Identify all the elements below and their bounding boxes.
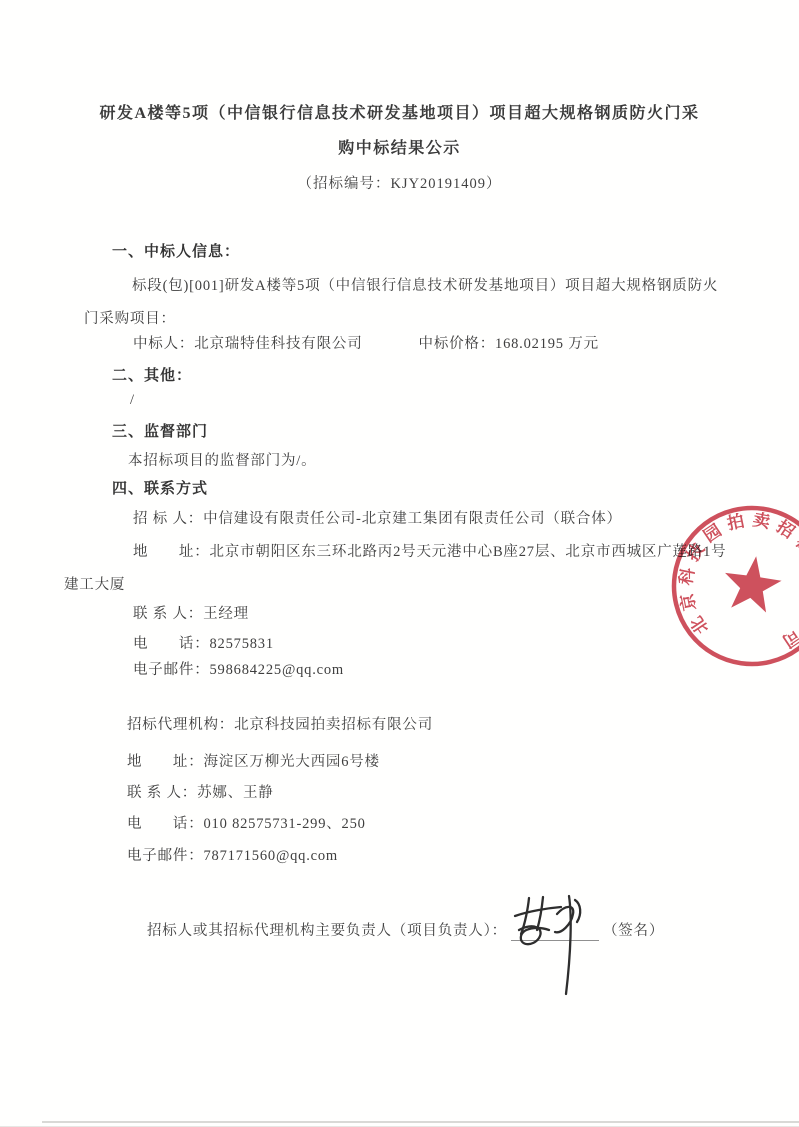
contact-row-tenderer: 招 标 人：中信建设有限责任公司-北京建工集团有限责任公司（联合体） [64, 503, 732, 536]
tenderer-value: 中信建设有限责任公司-北京建工集团有限责任公司（联合体） [203, 511, 622, 527]
phone-value: 82575831 [210, 636, 274, 652]
agency-row-person: 联 系 人：苏娜、王静 [64, 777, 732, 810]
signature-line: 招标人或其招标代理机构主要负责人（项目负责人）： （签名） [147, 916, 664, 941]
agency-label: 招标代理机构： [127, 717, 234, 733]
section-heading-winner-info: 一、中标人信息： [112, 240, 240, 261]
package-paragraph: 标段(包)[001]研发A楼等5项（中信银行信息技术研发基地项目）项目超大规格钢… [84, 270, 730, 336]
winner-row: 中标人：北京瑞特佳科技有限公司中标价格：168.02195 万元 [133, 328, 599, 361]
price-value: 168.02195 万元 [495, 336, 599, 352]
signature-label: 招标人或其招标代理机构主要负责人（项目负责人）： [147, 923, 507, 939]
document-page: 研发A楼等5项（中信银行信息技术研发基地项目）项目超大规格钢质防火门采 购中标结… [0, 0, 799, 1127]
person-label: 联 系 人： [133, 606, 203, 622]
address-label: 地 址： [133, 544, 210, 560]
title-line-1: 研发A楼等5项（中信银行信息技术研发基地项目）项目超大规格钢质防火门采 [0, 102, 799, 126]
tender-number: （招标编号：KJY20191409） [0, 172, 799, 193]
agency-row-name: 招标代理机构：北京科技园拍卖招标有限公司 [64, 709, 732, 742]
agency-person-label: 联 系 人： [127, 785, 197, 801]
email-value: 598684225@qq.com [210, 662, 345, 678]
contact-row-person: 联 系 人：王经理 [64, 598, 732, 631]
agency-email-label: 电子邮件： [127, 848, 204, 864]
agency-phone-label: 电 话： [127, 816, 204, 832]
phone-label: 电 话： [133, 636, 210, 652]
title-line-2: 购中标结果公示 [0, 137, 799, 161]
section-heading-other: 二、其他： [112, 364, 192, 385]
agency-row-email: 电子邮件：787171560@qq.com [64, 840, 732, 873]
supervision-body: 本招标项目的监督部门为/。 [128, 449, 316, 470]
tenderer-label: 招 标 人： [133, 511, 203, 527]
agency-row-phone: 电 话：010 82575731-299、250 [64, 808, 732, 841]
signature-underline [511, 916, 599, 941]
person-value: 王经理 [203, 606, 249, 622]
section-heading-supervision: 三、监督部门 [112, 420, 208, 441]
winner-label: 中标人： [133, 336, 194, 352]
handwritten-signature [505, 890, 605, 1002]
section-heading-contact: 四、联系方式 [112, 477, 208, 498]
document-title: 研发A楼等5项（中信银行信息技术研发基地项目）项目超大规格钢质防火门采 购中标结… [0, 102, 799, 161]
agency-email-value: 787171560@qq.com [204, 848, 339, 864]
signature-suffix: （签名） [603, 923, 664, 939]
agency-value: 北京科技园拍卖招标有限公司 [234, 717, 433, 733]
agency-address-label: 地 址： [127, 754, 204, 770]
agency-address-value: 海淀区万柳光大西园6号楼 [204, 754, 380, 770]
price-label: 中标价格： [419, 336, 496, 352]
contact-row-address: 地 址：北京市朝阳区东三环北路丙2号天元港中心B座27层、北京市西城区广莲路1号… [64, 536, 730, 602]
email-label: 电子邮件： [133, 662, 210, 678]
winner-value: 北京瑞特佳科技有限公司 [194, 336, 362, 352]
other-body: / [130, 392, 135, 409]
agency-row-address: 地 址：海淀区万柳光大西园6号楼 [64, 746, 732, 779]
agency-phone-value: 010 82575731-299、250 [204, 816, 366, 832]
agency-person-value: 苏娜、王静 [197, 785, 274, 801]
contact-row-email: 电子邮件：598684225@qq.com [64, 654, 732, 687]
scan-edge-line [42, 1121, 799, 1123]
